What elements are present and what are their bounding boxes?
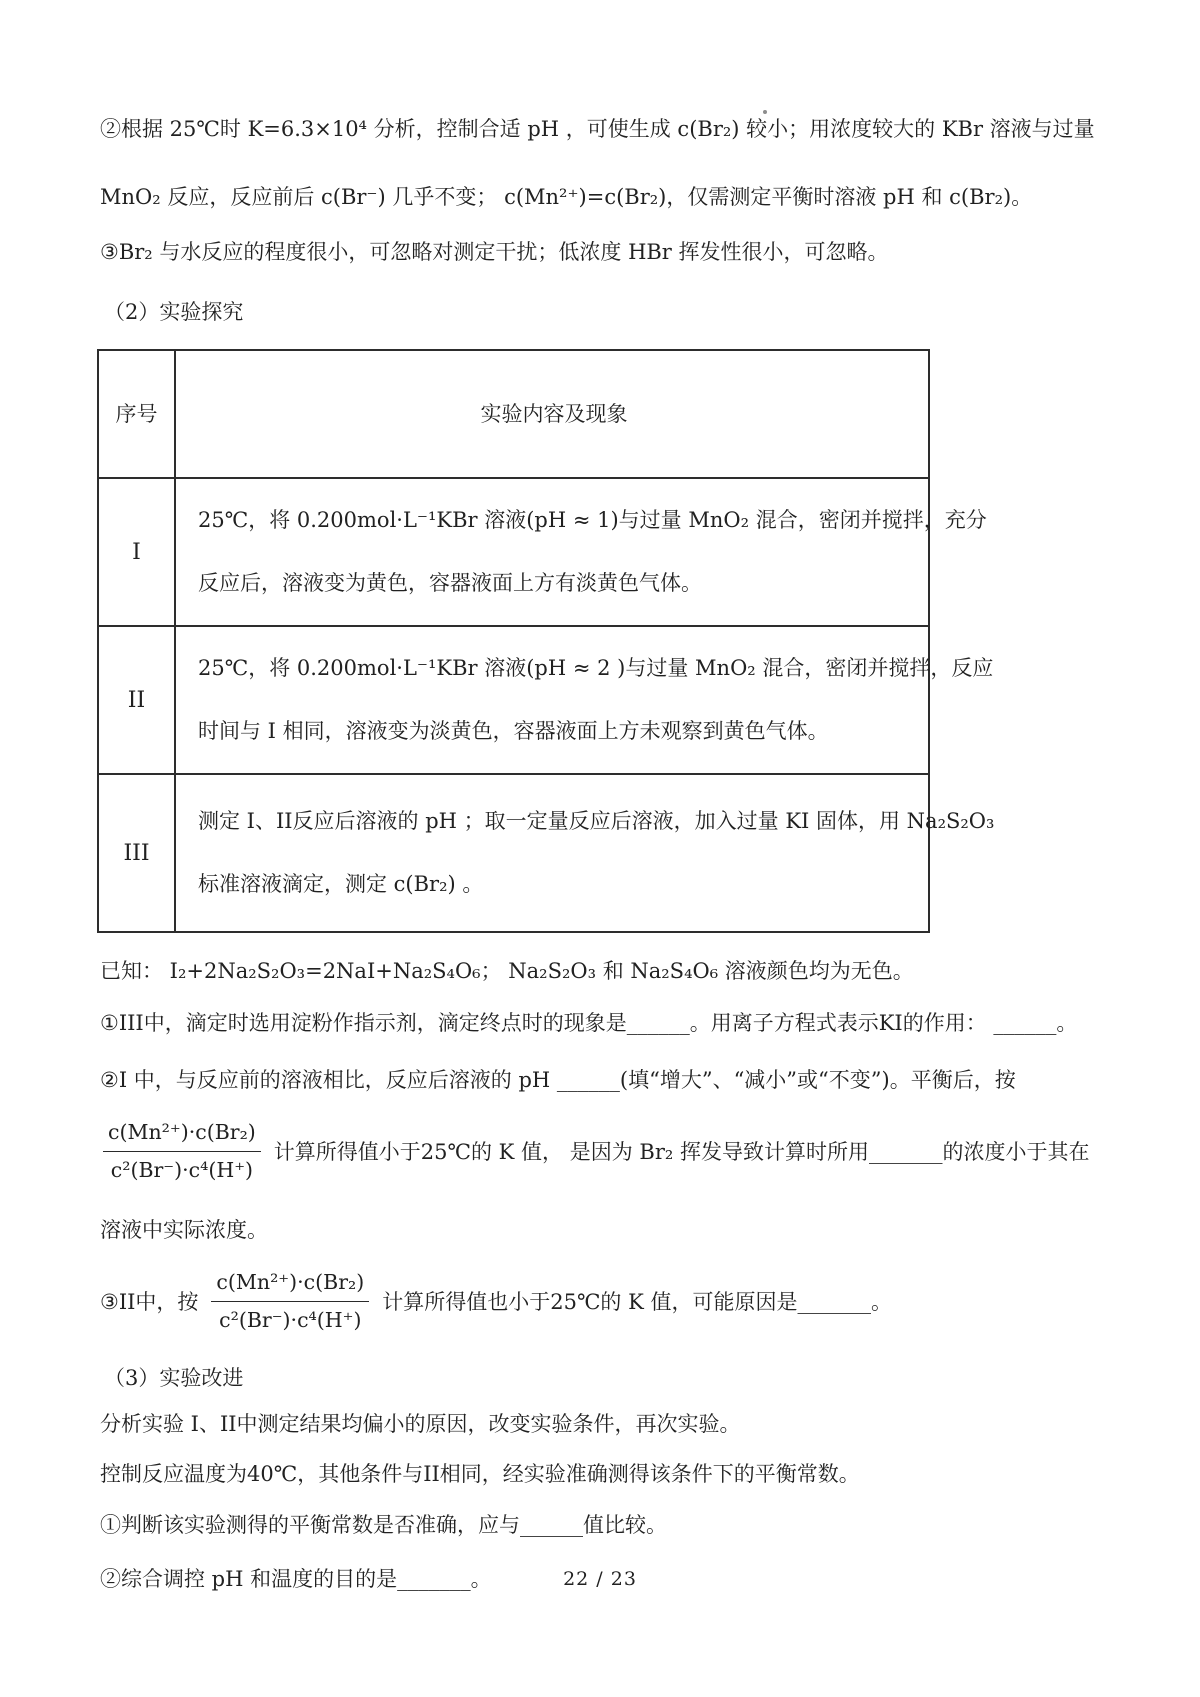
question-3-formula-row: ③II中，按 c(Mn²⁺)·c(Br₂) c²(Br⁻)·c⁴(H⁺) 计算所… xyxy=(100,1253,1092,1349)
equilibrium-expression-fraction-2: c(Mn²⁺)·c(Br₂) c²(Br⁻)·c⁴(H⁺) xyxy=(208,1269,372,1333)
row-1-content: 25℃，将 0.200mol·L⁻¹KBr 溶液(pH ≈ 1)与过量 MnO₂… xyxy=(175,478,929,626)
known-equation-line: 已知： I₂+2Na₂S₂O₃=2NaI+Na₂S₄O₆； Na₂S₂O₃ 和 … xyxy=(100,953,1092,989)
improvement-line-1: 分析实验 I、II中测定结果均偏小的原因，改变实验条件，再次实验。 xyxy=(100,1407,1092,1441)
improvement-line-2: 控制反应温度为40℃，其他条件与II相同，经实验准确测得该条件下的平衡常数。 xyxy=(100,1457,1092,1491)
experiment-table: 序号 实验内容及现象 I 25℃，将 0.200mol·L⁻¹KBr 溶液(pH… xyxy=(97,349,930,933)
section-3-title: （3）实验改进 xyxy=(100,1361,1092,1395)
question-2-formula-row: c(Mn²⁺)·c(Br₂) c²(Br⁻)·c⁴(H⁺) 计算所得值小于25℃… xyxy=(100,1103,1092,1199)
row-1-id: I xyxy=(98,478,175,626)
section-2-title: （2）实验探究 xyxy=(100,295,1092,329)
row-1-line-2: 反应后，溶液变为黄色，容器液面上方有淡黄色气体。 xyxy=(198,552,910,615)
row-3-line-1: 测定 I、II反应后溶液的 pH ；取一定量反应后溶液，加入过量 KI 固体，用… xyxy=(198,790,910,853)
question-1: ①III中，滴定时选用淀粉作指示剂，滴定终点时的现象是______。用离子方程式… xyxy=(100,1006,1092,1040)
fraction-numerator: c(Mn²⁺)·c(Br₂) xyxy=(100,1119,264,1151)
row-3-content: 测定 I、II反应后溶液的 pH ；取一定量反应后溶液，加入过量 KI 固体，用… xyxy=(175,774,929,932)
table-header-id: 序号 xyxy=(98,350,175,478)
intro-line-2: MnO₂ 反应，反应前后 c(Br⁻) 几乎不变； c(Mn²⁺)=c(Br₂)… xyxy=(100,180,1092,214)
page-content: ②根据 25℃时 K=6.3×10⁴ 分析，控制合适 pH ，可使生成 c(Br… xyxy=(0,0,1200,1596)
page-number: 22 / 23 xyxy=(0,1568,1200,1590)
row-2-line-1: 25℃，将 0.200mol·L⁻¹KBr 溶液(pH ≈ 2 )与过量 MnO… xyxy=(198,637,910,700)
row-3-line-2: 标准溶液滴定，测定 c(Br₂) 。 xyxy=(198,853,910,916)
fraction-denominator: c²(Br⁻)·c⁴(H⁺) xyxy=(103,1151,261,1184)
table-header-row: 序号 实验内容及现象 xyxy=(98,350,929,478)
row-3-id: III xyxy=(98,774,175,932)
question-2-lead: ②I 中，与反应前的溶液相比，反应后溶液的 pH ______(填“增大”、“减… xyxy=(100,1063,1092,1097)
equilibrium-expression-fraction: c(Mn²⁺)·c(Br₂) c²(Br⁻)·c⁴(H⁺) xyxy=(100,1119,264,1183)
question-2-tail: 计算所得值小于25℃的 K 值， 是因为 Br₂ 挥发导致计算时所用______… xyxy=(274,1136,1090,1166)
scan-speck xyxy=(763,110,767,114)
question-2-continuation: 溶液中实际浓度。 xyxy=(100,1213,1092,1247)
row-1-line-1: 25℃，将 0.200mol·L⁻¹KBr 溶液(pH ≈ 1)与过量 MnO₂… xyxy=(198,489,910,552)
improvement-question-1: ①判断该实验测得的平衡常数是否准确，应与______值比较。 xyxy=(100,1508,1092,1542)
table-row-3: III 测定 I、II反应后溶液的 pH ；取一定量反应后溶液，加入过量 KI … xyxy=(98,774,929,932)
question-3-tail: 计算所得值也小于25℃的 K 值，可能原因是_______。 xyxy=(382,1286,892,1316)
fraction-denominator-2: c²(Br⁻)·c⁴(H⁺) xyxy=(211,1301,369,1334)
intro-line-1: ②根据 25℃时 K=6.3×10⁴ 分析，控制合适 pH ，可使生成 c(Br… xyxy=(100,112,1092,146)
table-row-2: II 25℃，将 0.200mol·L⁻¹KBr 溶液(pH ≈ 2 )与过量 … xyxy=(98,626,929,774)
row-2-line-2: 时间与 I 相同，溶液变为淡黄色，容器液面上方未观察到黄色气体。 xyxy=(198,700,910,763)
document-page: ②根据 25℃时 K=6.3×10⁴ 分析，控制合适 pH ，可使生成 c(Br… xyxy=(0,0,1200,1697)
fraction-numerator-2: c(Mn²⁺)·c(Br₂) xyxy=(208,1269,372,1301)
question-3-lead: ③II中，按 xyxy=(100,1286,198,1316)
table-header-content: 实验内容及现象 xyxy=(175,350,929,478)
intro-line-3: ③Br₂ 与水反应的程度很小，可忽略对测定干扰；低浓度 HBr 挥发性很小，可忽… xyxy=(100,235,1092,269)
row-2-id: II xyxy=(98,626,175,774)
row-2-content: 25℃，将 0.200mol·L⁻¹KBr 溶液(pH ≈ 2 )与过量 MnO… xyxy=(175,626,929,774)
table-row-1: I 25℃，将 0.200mol·L⁻¹KBr 溶液(pH ≈ 1)与过量 Mn… xyxy=(98,478,929,626)
